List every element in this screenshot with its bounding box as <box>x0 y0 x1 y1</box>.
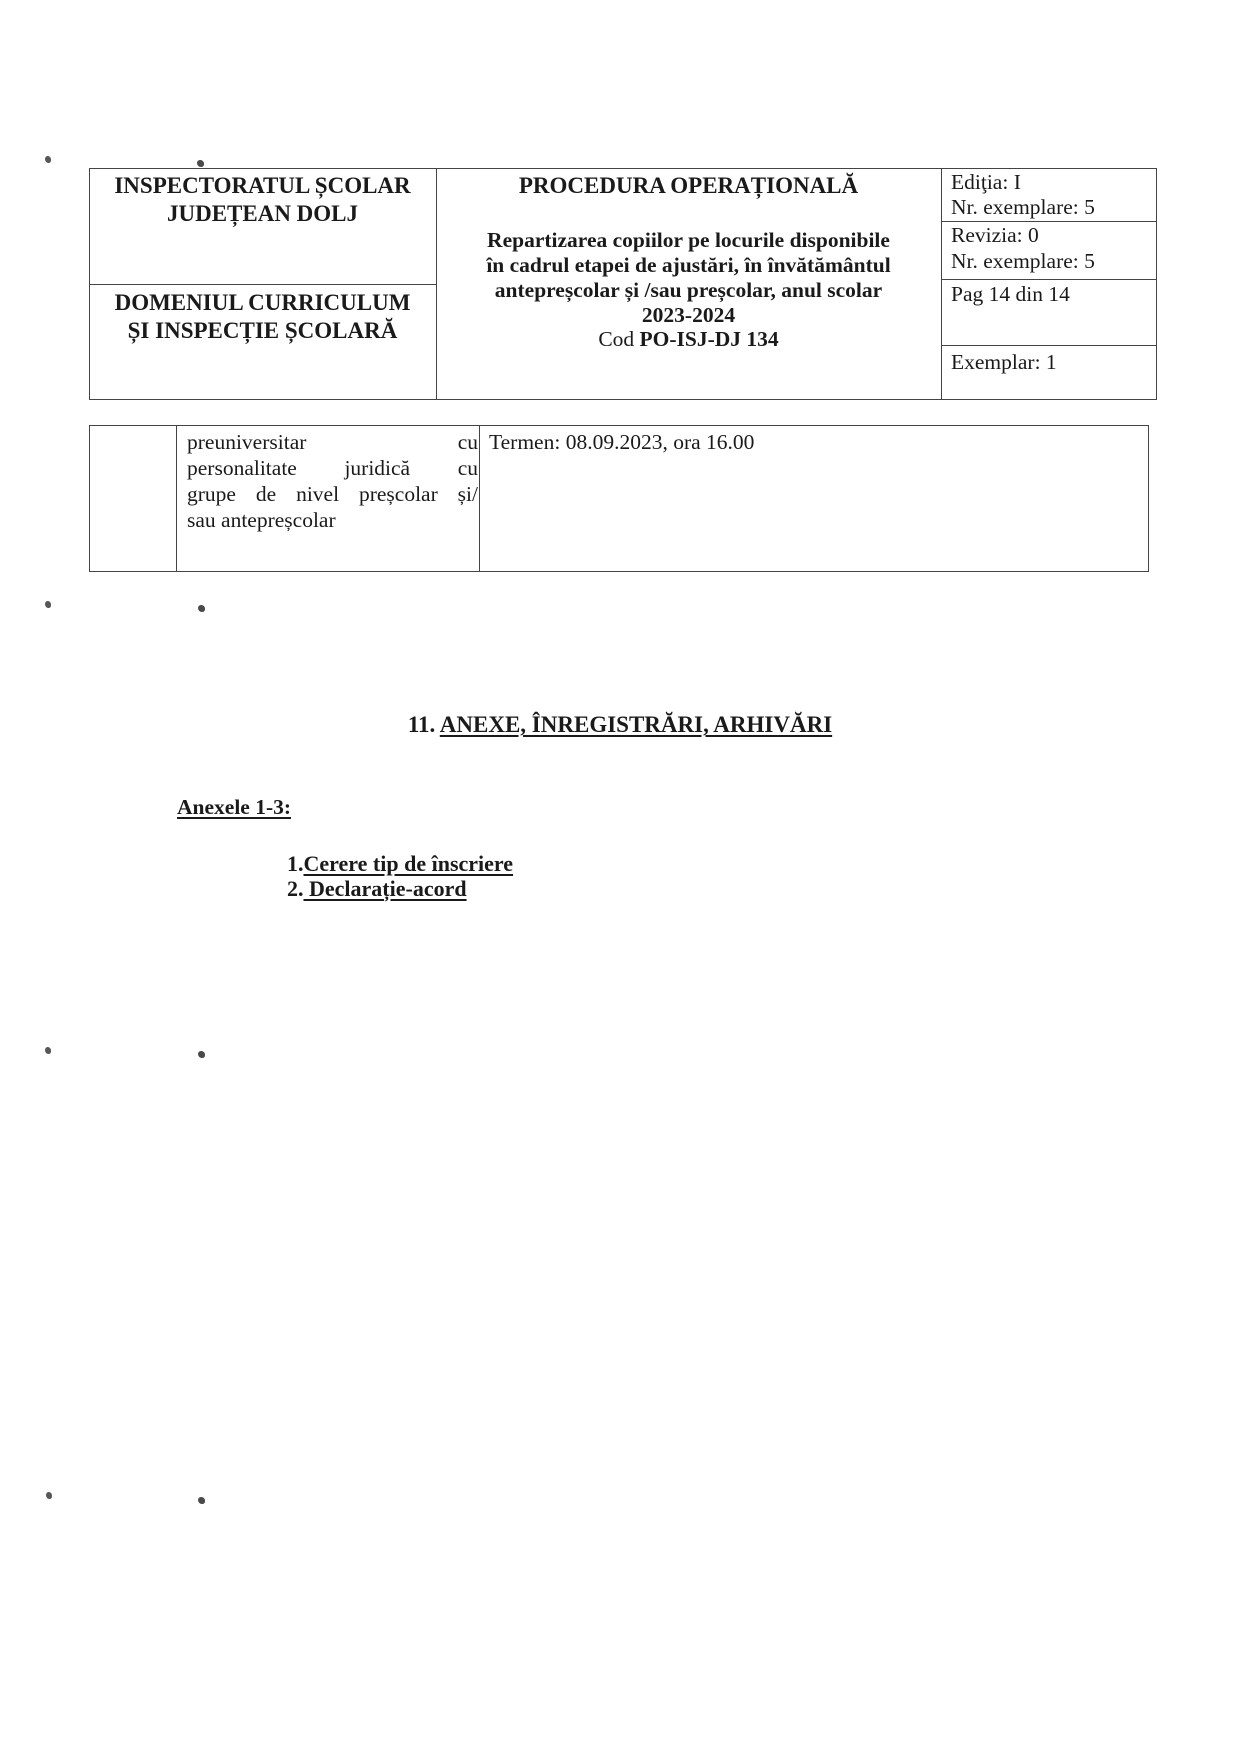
cell-word: de <box>256 481 276 507</box>
row-divider <box>89 284 436 285</box>
scan-speck <box>45 601 51 608</box>
annex-heading-text: Anexele 1-3: <box>177 795 291 819</box>
scan-speck <box>197 160 204 167</box>
cell-word: juridică <box>344 455 410 481</box>
continuation-table: preuniversitarcupersonalitatejuridicăcug… <box>89 425 1149 572</box>
annex-number: 2. <box>287 876 304 901</box>
annex-item[interactable]: 1.Cerere tip de înscriere <box>287 851 513 876</box>
procedure-description-line: Repartizarea copiilor pe locurile dispon… <box>436 228 941 253</box>
annex-link[interactable]: Cerere tip de înscriere <box>304 851 514 876</box>
procedure-description-line: 2023-2024 <box>436 303 941 328</box>
copy-number: Exemplar: 1 <box>951 348 1057 376</box>
cell-line: preuniversitarcu <box>187 429 478 455</box>
scan-speck <box>198 605 205 612</box>
procedure-description-line: în cadrul etapei de ajustări, în învătăm… <box>436 253 941 278</box>
annex-list: 1.Cerere tip de înscriere 2. Declarație-… <box>287 851 513 901</box>
annex-item[interactable]: 2. Declarație-acord <box>287 876 513 901</box>
cell-line: grupedenivelpreșcolarși/ <box>187 481 478 507</box>
edition: Ediţia: I <box>951 168 1021 196</box>
cell-word: grupe <box>187 481 236 507</box>
scan-speck <box>45 156 51 163</box>
cell-word: și/ <box>458 481 478 507</box>
deadline-cell: Termen: 08.09.2023, ora 16.00 <box>489 429 754 455</box>
page-number: Pag 14 din 14 <box>951 280 1070 308</box>
cell-word: sau antepreșcolar <box>187 507 336 533</box>
annex-link[interactable]: Declarație-acord <box>304 876 467 901</box>
cell-line: sau antepreșcolar <box>187 507 478 533</box>
annex-number: 1. <box>287 851 304 876</box>
scan-speck <box>46 1492 52 1499</box>
code-value: PO-ISJ-DJ 134 <box>640 327 779 351</box>
procedure-code: Cod PO-ISJ-DJ 134 <box>436 327 941 352</box>
scan-speck <box>198 1497 205 1504</box>
section-title: ANEXE, ÎNREGISTRĂRI, ARHIVĂRI <box>440 712 832 737</box>
cell-word: nivel <box>296 481 339 507</box>
column-divider <box>941 168 942 400</box>
procedure-title: PROCEDURA OPERAȚIONALĂ <box>436 172 941 200</box>
code-label: Cod <box>598 327 634 351</box>
procedure-description-line: antepreșcolar și /sau preșcolar, anul sc… <box>436 278 941 303</box>
responsible-cell: preuniversitarcupersonalitatejuridicăcug… <box>187 429 478 533</box>
row-divider <box>941 345 1157 346</box>
scan-speck <box>198 1051 205 1058</box>
cell-word: preșcolar <box>359 481 438 507</box>
institution-name: INSPECTORATUL ȘCOLAR JUDEȚEAN DOLJ <box>89 172 436 228</box>
cell-word: preuniversitar <box>187 429 306 455</box>
cell-line: personalitatejuridicăcu <box>187 455 478 481</box>
revision-copies: Nr. exemplare: 5 <box>951 247 1095 275</box>
cell-word: personalitate <box>187 455 297 481</box>
section-heading: 11. ANEXE, ÎNREGISTRĂRI, ARHIVĂRI <box>0 710 1240 740</box>
institution-line: INSPECTORATUL ȘCOLAR <box>89 172 436 200</box>
department-line: ȘI INSPECȚIE ȘCOLARĂ <box>89 317 436 345</box>
department-line: DOMENIUL CURRICULUM <box>89 289 436 317</box>
annex-heading: Anexele 1-3: <box>177 793 291 821</box>
column-divider <box>176 425 177 572</box>
edition-copies: Nr. exemplare: 5 <box>951 193 1095 221</box>
procedure-description: Repartizarea copiilor pe locurile dispon… <box>436 228 941 328</box>
department-name: DOMENIUL CURRICULUM ȘI INSPECȚIE ȘCOLARĂ <box>89 289 436 345</box>
cell-word: cu <box>458 455 478 481</box>
institution-line: JUDEȚEAN DOLJ <box>89 200 436 228</box>
scan-speck <box>45 1047 51 1054</box>
column-divider <box>479 425 480 572</box>
revision: Revizia: 0 <box>951 221 1039 249</box>
document-header-table: INSPECTORATUL ȘCOLAR JUDEȚEAN DOLJ DOMEN… <box>89 168 1157 400</box>
section-number: 11. <box>408 712 435 737</box>
cell-word: cu <box>458 429 478 455</box>
